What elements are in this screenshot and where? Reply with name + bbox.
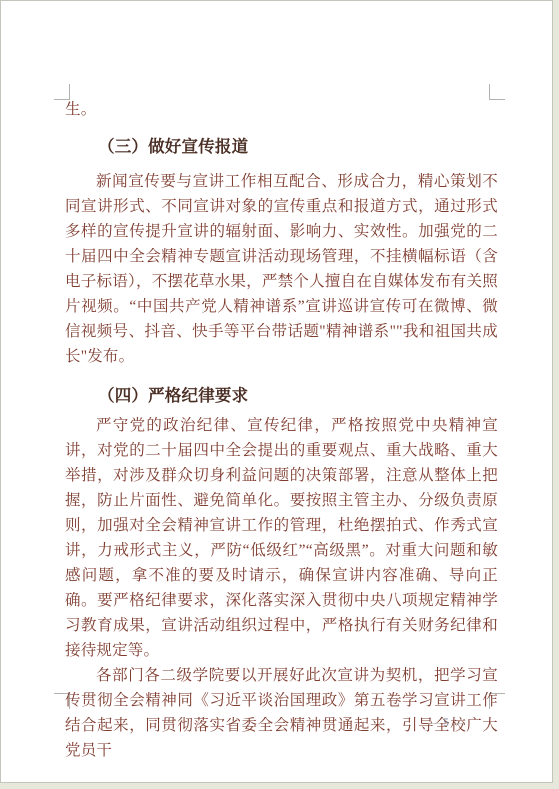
page-number: —5— <box>422 717 470 729</box>
paragraph-departments: 各部门各二级学院要以开展好此次宣讲为契机，把学习宣传贯彻全会精神同《习近平谈治国… <box>65 663 498 763</box>
section-heading-3: （三）做好宣传报道 <box>65 134 498 159</box>
paragraph-discipline: 严守党的政治纪律、宣传纪律，严格按照党中央精神宣讲，对党的二十届四中全会提出的重… <box>65 413 498 663</box>
page-number-right-dash: — <box>453 717 464 729</box>
page-number-value: 5 <box>439 717 453 729</box>
paragraph-publicity: 新闻宣传要与宣讲工作相互配合、形成合力，精心策划不同宣讲形式、不同宣讲对象的宣传… <box>65 169 498 369</box>
page-number-left-dash: — <box>429 717 440 729</box>
document-page: 生。 （三）做好宣传报道 新闻宣传要与宣讲工作相互配合、形成合力，精心策划不同宣… <box>0 0 553 783</box>
paragraph-continuation: 生。 <box>65 97 498 122</box>
section-heading-4: （四）严格纪律要求 <box>65 383 498 408</box>
document-screenshot: { "document": { "intro_fragment": "生。", … <box>0 0 559 789</box>
text-area: 生。 （三）做好宣传报道 新闻宣传要与宣讲工作相互配合、形成合力，精心策划不同宣… <box>65 1 498 763</box>
